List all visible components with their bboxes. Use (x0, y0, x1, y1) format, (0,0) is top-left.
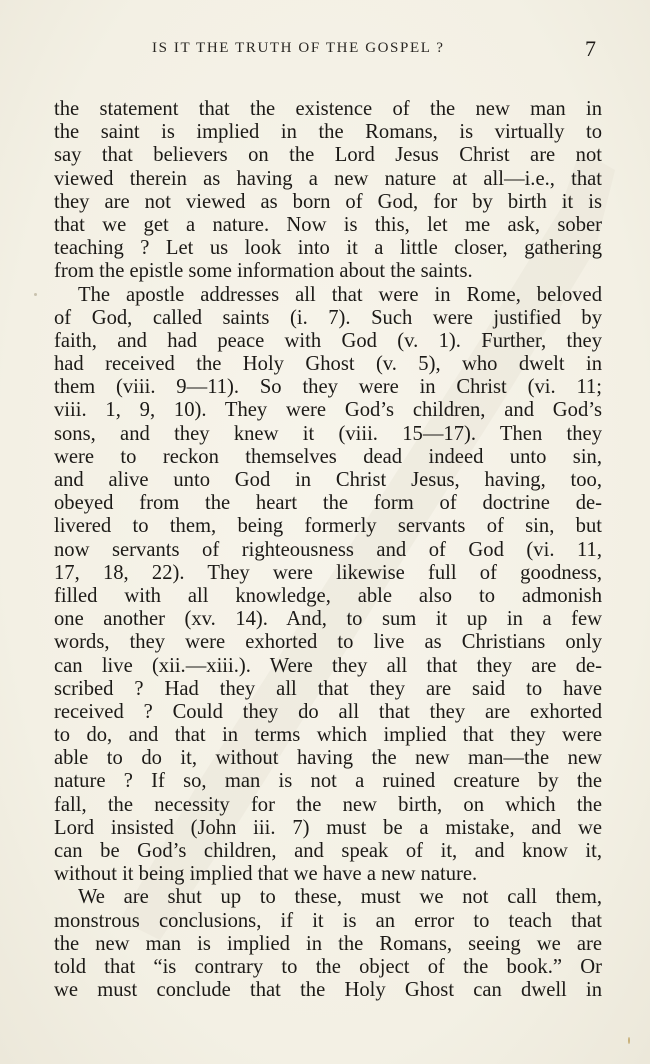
text-line: filled with all knowledge, able also to … (54, 585, 602, 608)
paper-speck (34, 293, 37, 296)
text-line: monstrous conclusions, if it is an error… (54, 910, 602, 933)
text-line: teaching ? Let us look into it a little … (54, 237, 602, 260)
text-line: faith, and had peace with God (v. 1). Fu… (54, 330, 602, 353)
text-line: without it being implied that we have a … (54, 863, 602, 886)
text-line: can be God’s children, and speak of it, … (54, 840, 602, 863)
text-line: and alive unto God in Christ Jesus, havi… (54, 469, 602, 492)
text-line: now servants of righteousness and of God… (54, 539, 602, 562)
text-line: viewed therein as having a new nature at… (54, 168, 602, 191)
running-title: IS IT THE TRUTH OF THE GOSPEL ? (152, 40, 445, 57)
text-line: one another (xv. 14). And, to sum it up … (54, 608, 602, 631)
body-text: the statement that the existence of the … (54, 98, 602, 1002)
text-line: the saint is implied in the Romans, is v… (54, 121, 602, 144)
text-line: 17, 18, 22). They were likewise full of … (54, 562, 602, 585)
text-line: words, they were exhorted to live as Chr… (54, 631, 602, 654)
text-line: Lord insisted (John iii. 7) must be a mi… (54, 817, 602, 840)
text-line: nature ? If so, man is not a ruined crea… (54, 770, 602, 793)
paragraph: the statement that the existence of the … (54, 98, 602, 284)
page-number: 7 (585, 36, 596, 62)
text-line: them (viii. 9—11). So they were in Chris… (54, 376, 602, 399)
text-line: say that believers on the Lord Jesus Chr… (54, 144, 602, 167)
text-line: received ? Could they do all that they a… (54, 701, 602, 724)
text-line: were to reckon themselves dead indeed un… (54, 446, 602, 469)
paper-speck (628, 1037, 630, 1044)
text-line: obeyed from the heart the form of doctri… (54, 492, 602, 515)
text-line: livered to them, being formerly servants… (54, 515, 602, 538)
text-line: We are shut up to these, must we not cal… (54, 886, 602, 909)
text-line: able to do it, without having the new ma… (54, 747, 602, 770)
text-line: can live (xii.—xiii.). Were they all tha… (54, 655, 602, 678)
paragraph: The apostle addresses all that were in R… (54, 284, 602, 887)
text-line: scribed ? Had they all that they are sai… (54, 678, 602, 701)
text-line: The apostle addresses all that were in R… (54, 284, 602, 307)
paragraph: We are shut up to these, must we not cal… (54, 886, 602, 1002)
text-line: viii. 1, 9, 10). They were God’s childre… (54, 399, 602, 422)
text-line: of God, called saints (i. 7). Such were … (54, 307, 602, 330)
text-line: the new man is implied in the Romans, se… (54, 933, 602, 956)
text-line: the statement that the existence of the … (54, 98, 602, 121)
text-line: to do, and that in terms which implied t… (54, 724, 602, 747)
text-line: sons, and they knew it (viii. 15—17). Th… (54, 423, 602, 446)
text-line: told that “is contrary to the object of … (54, 956, 602, 979)
book-page: IS IT THE TRUTH OF THE GOSPEL ? 7 the st… (0, 0, 650, 1064)
text-line: we must conclude that the Holy Ghost can… (54, 979, 602, 1002)
text-line: that we get a nature. Now is this, let m… (54, 214, 602, 237)
text-line: fall, the necessity for the new birth, o… (54, 794, 602, 817)
text-line: they are not viewed as born of God, for … (54, 191, 602, 214)
text-line: had received the Holy Ghost (v. 5), who … (54, 353, 602, 376)
text-line: from the epistle some information about … (54, 260, 602, 283)
